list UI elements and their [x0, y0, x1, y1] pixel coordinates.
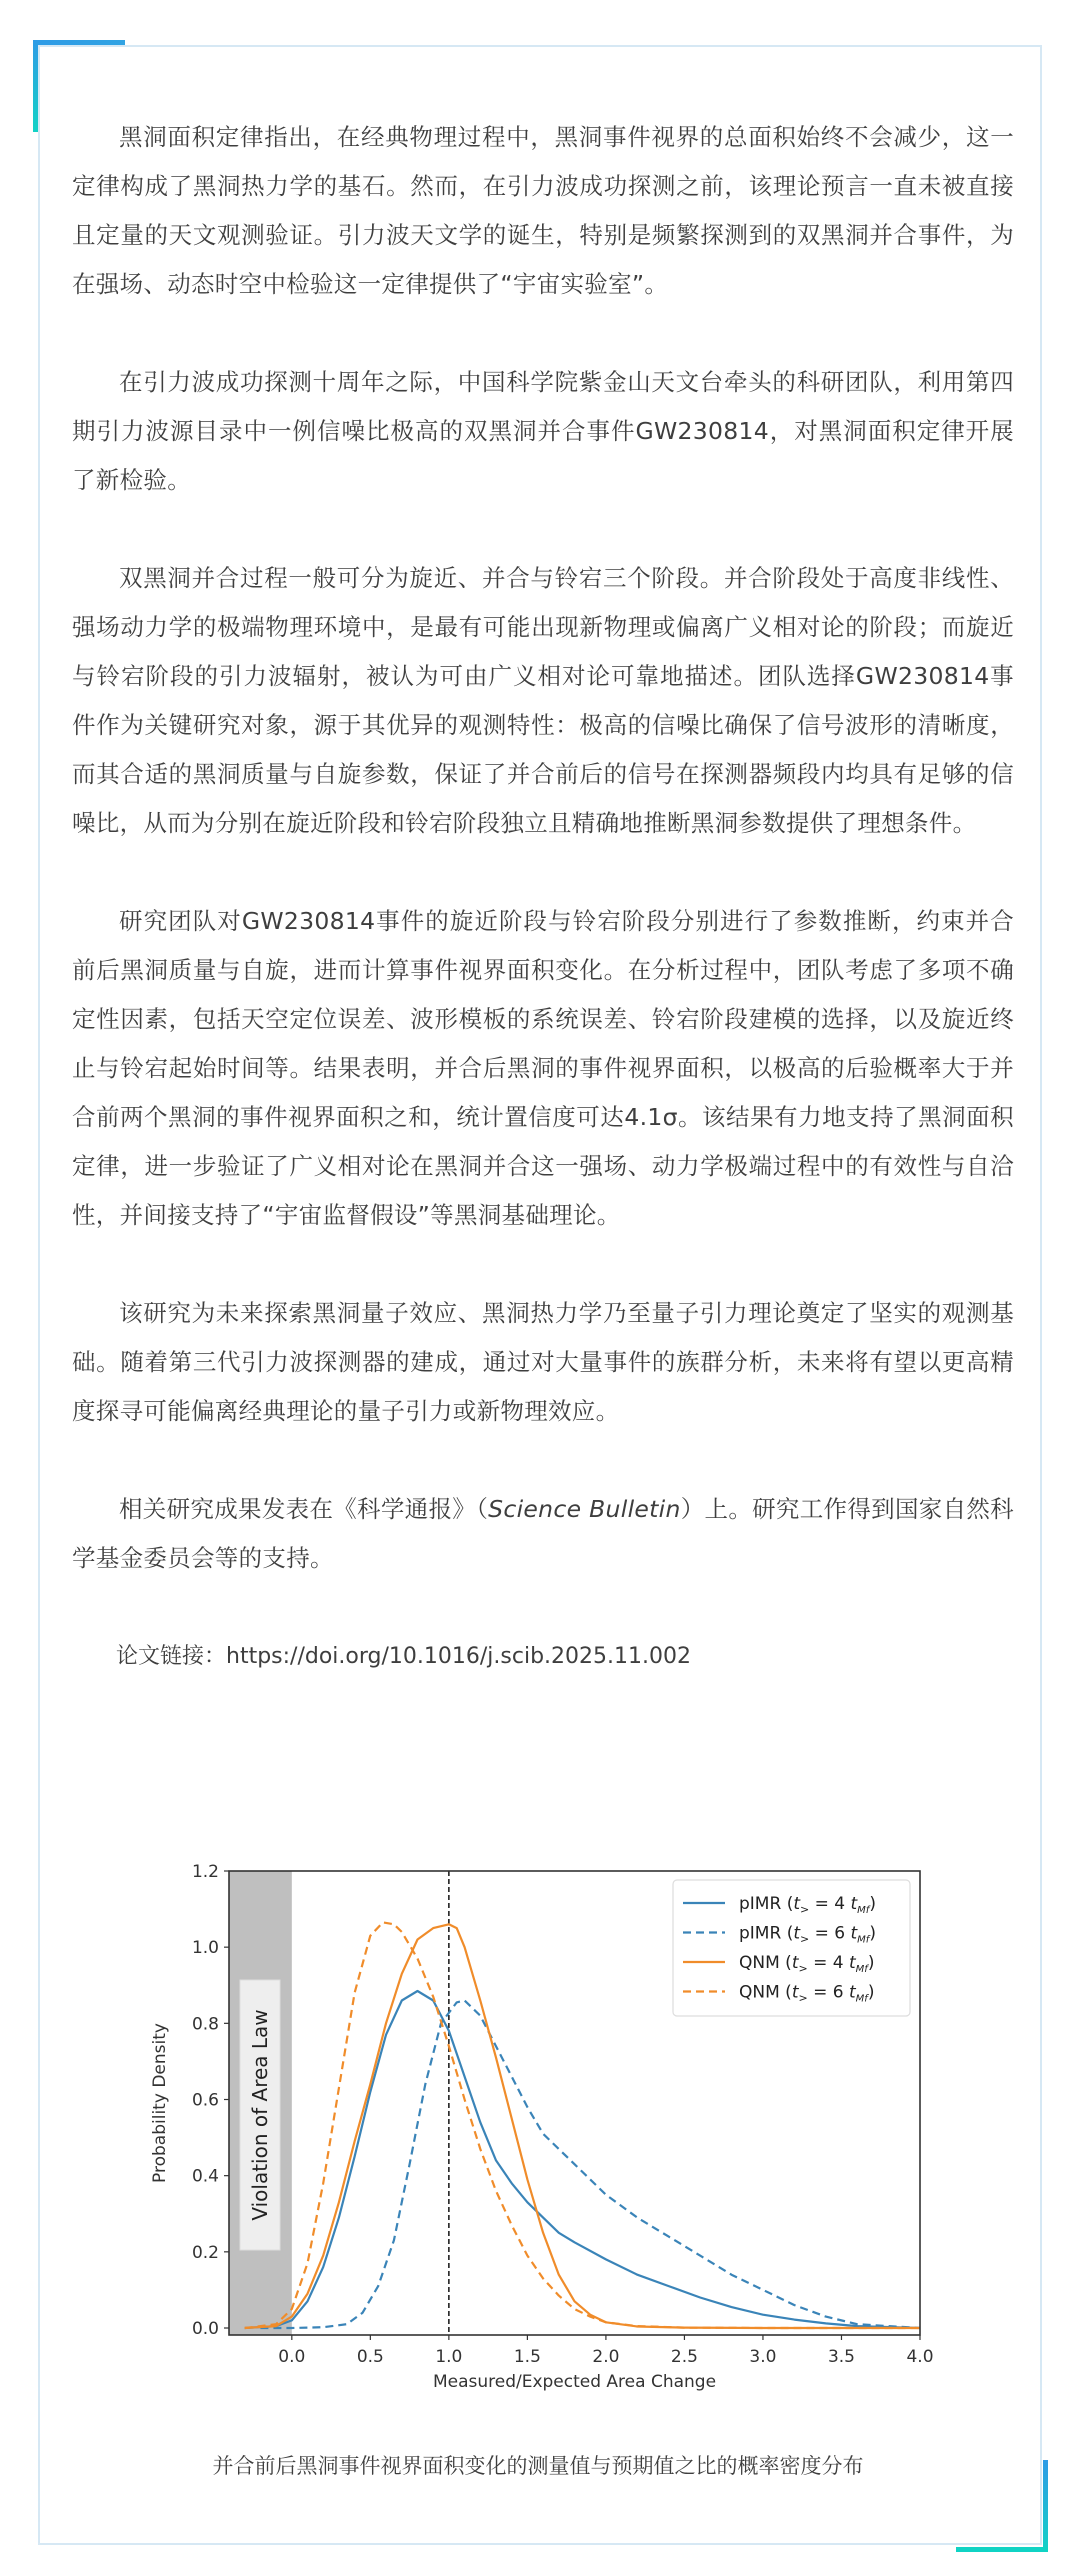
corner-bracket-top-left — [33, 40, 125, 45]
paragraph-area-law-intro: 黑洞面积定律指出，在经典物理过程中，黑洞事件视界的总面积始终不会减少，这一定律构… — [72, 113, 1014, 309]
x-tick-label: 0.5 — [357, 2347, 384, 2367]
y-tick-label: 0.6 — [192, 2091, 219, 2111]
x-axis-label: Measured/Expected Area Change — [433, 2372, 716, 2392]
x-tick-label: 3.5 — [828, 2347, 855, 2367]
y-tick-label: 0.2 — [192, 2243, 219, 2263]
figure-caption: 并合前后黑洞事件视界面积变化的测量值与预期值之比的概率密度分布 — [0, 2446, 1076, 2486]
paper-link-label: 论文链接： — [116, 1644, 226, 1669]
x-tick-label: 2.5 — [671, 2347, 698, 2367]
x-tick-label: 0.0 — [278, 2347, 305, 2367]
y-tick-label: 1.2 — [192, 1862, 219, 1882]
paragraph-outlook: 该研究为未来探索黑洞量子效应、黑洞热力学乃至量子引力理论奠定了坚实的观测基础。随… — [72, 1289, 1014, 1436]
y-tick-label: 0.8 — [192, 2014, 219, 2034]
article-body: 黑洞面积定律指出，在经典物理过程中，黑洞事件视界的总面积始终不会减少，这一定律构… — [72, 113, 1014, 1681]
legend-label-2: QNM (t> = 4 tMf) — [739, 1953, 874, 1975]
journal-name: Science Bulletin — [488, 1495, 681, 1523]
y-tick-label: 0.0 — [192, 2319, 219, 2339]
paragraph-results: 研究团队对GW230814事件的旋近阶段与铃宕阶段分别进行了参数推断，约束并合前… — [72, 897, 1014, 1240]
x-tick-label: 4.0 — [906, 2347, 933, 2367]
paragraph-merger-stages: 双黑洞并合过程一般可分为旋近、并合与铃宕三个阶段。并合阶段处于高度非线性、强场动… — [72, 554, 1014, 848]
series-line-1 — [260, 2001, 920, 2329]
x-tick-label: 1.0 — [435, 2347, 462, 2367]
paragraph-publication: 相关研究成果发表在《科学通报》（Science Bulletin）上。研究工作得… — [72, 1485, 1014, 1583]
x-tick-label: 1.5 — [514, 2347, 541, 2367]
y-tick-label: 0.4 — [192, 2167, 219, 2187]
corner-bracket-top-left-vertical — [33, 40, 38, 132]
chart-svg: Violation of Area Law0.00.20.40.60.81.01… — [140, 1850, 940, 2410]
area-change-pdf-chart: Violation of Area Law0.00.20.40.60.81.01… — [140, 1850, 940, 2410]
corner-bracket-bottom-right — [956, 2547, 1048, 2552]
legend-label-3: QNM (t> = 6 tMf) — [739, 1983, 874, 2005]
paper-link-line: 论文链接：https://doi.org/10.1016/j.scib.2025… — [72, 1632, 1014, 1681]
paragraph-gw230814-test: 在引力波成功探测十周年之际，中国科学院紫金山天文台牵头的科研团队，利用第四期引力… — [72, 358, 1014, 505]
y-tick-label: 1.0 — [192, 1938, 219, 1958]
x-tick-label: 2.0 — [592, 2347, 619, 2367]
violation-label: Violation of Area Law — [248, 2009, 272, 2220]
y-axis-label: Probability Density — [150, 2023, 170, 2183]
x-tick-label: 3.0 — [749, 2347, 776, 2367]
paper-link-url[interactable]: https://doi.org/10.1016/j.scib.2025.11.0… — [226, 1644, 691, 1669]
publication-text-before: 相关研究成果发表在《科学通报》（ — [119, 1495, 488, 1523]
